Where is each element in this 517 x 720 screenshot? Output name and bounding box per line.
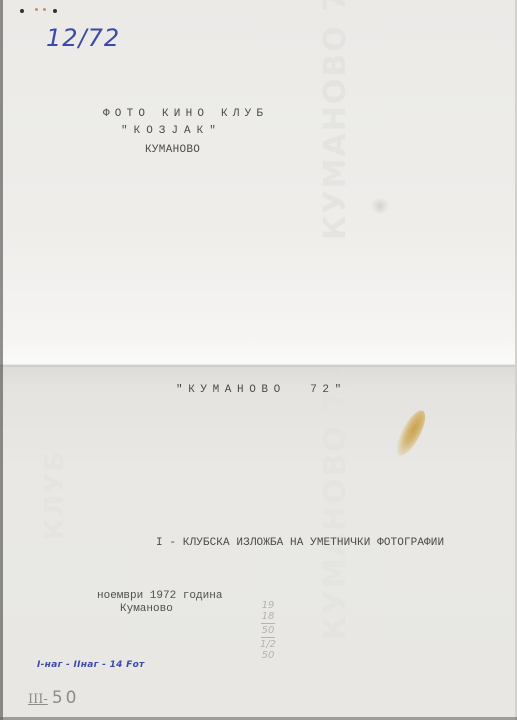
handwritten-note: I-наг - IIнаг - 14 Fот — [37, 660, 145, 670]
tally-line: 50 — [258, 625, 278, 636]
scan-edge-left — [0, 0, 3, 720]
archive-number: 12/72 — [46, 24, 120, 52]
club-alias: "КОЗЈАК" — [121, 125, 222, 137]
date-line: ноември 1972 година — [97, 590, 222, 602]
show-through-watermark: КЛУБ — [40, 449, 70, 540]
pencil-count: III-50 — [28, 688, 79, 708]
tally-line: 50 — [258, 650, 278, 661]
show-through-watermark: КУМАНОВО 72 — [318, 366, 353, 640]
tally-rule — [261, 637, 275, 638]
tally-line: 18 — [258, 611, 278, 622]
tally-line: 19 — [258, 600, 278, 611]
exhibition-title: "КУМАНОВО 72" — [176, 384, 347, 396]
exhibition-subtitle: I - КЛУБСКА ИЗЛОЖБА НА УМЕТНИЧКИ ФОТОГРА… — [156, 537, 444, 549]
paper-spot — [371, 198, 389, 214]
scanned-page: КУМАНОВО 72 КУМАНОВО 72 КЛУБ 12/72 ФОТО … — [0, 0, 517, 720]
pencil-count-value: 50 — [52, 688, 80, 708]
club-city: КУМАНОВО — [145, 144, 200, 156]
show-through-watermark: КУМАНОВО 72 — [318, 0, 353, 240]
date-city: Куманово — [120, 603, 173, 615]
staple-holes — [20, 8, 58, 14]
club-name: ФОТО КИНО КЛУБ — [103, 108, 268, 120]
fold-crease — [0, 364, 517, 367]
pencil-tally: 19 18 50 1/2 50 — [258, 600, 278, 661]
sheet-upper-half — [0, 0, 517, 366]
pencil-count-roman: III- — [28, 692, 48, 707]
tally-line: 1/2 — [258, 639, 278, 650]
tally-rule — [261, 623, 275, 624]
